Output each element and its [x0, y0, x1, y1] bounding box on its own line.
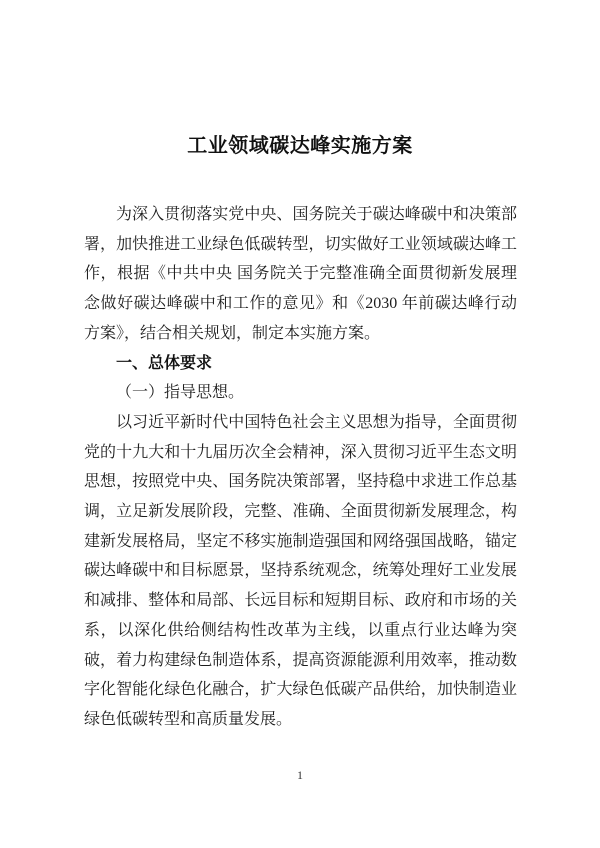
section-heading-overall-requirements: 一、总体要求	[84, 349, 517, 379]
paragraph-guiding-ideology: 以习近平新时代中国特色社会主义思想为指导，全面贯彻党的十九大和十九届历次全会精神…	[84, 408, 517, 735]
page-number: 1	[0, 768, 600, 782]
document-title: 工业领域碳达峰实施方案	[0, 133, 600, 159]
document-page: 工业领域碳达峰实施方案 为深入贯彻落实党中央、国务院关于碳达峰碳中和决策部署，加…	[0, 0, 600, 848]
document-body: 为深入贯彻落实党中央、国务院关于碳达峰碳中和决策部署，加快推进工业绿色低碳转型，…	[84, 200, 517, 735]
paragraph-preamble: 为深入贯彻落实党中央、国务院关于碳达峰碳中和决策部署，加快推进工业绿色低碳转型，…	[84, 200, 517, 349]
subsection-heading-guiding-ideology: （一）指导思想。	[84, 378, 517, 408]
